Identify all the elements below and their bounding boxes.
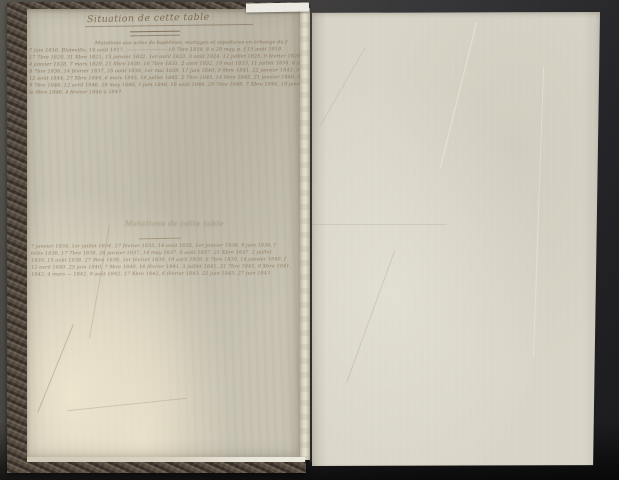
paper-crease	[67, 398, 186, 412]
handwritten-paragraph-1: Mutations aux actes de baptêmes, mariage…	[29, 39, 301, 96]
left-page: Situation de cette table Mutations aux a…	[27, 9, 302, 458]
handwritten-line: 1842, 4 mars — 1842, 9 août 1842, 17 Xbr…	[31, 270, 299, 278]
inserted-white-slip	[246, 2, 309, 12]
paper-crease	[533, 67, 544, 357]
gutter-shadow	[310, 10, 312, 462]
handwritten-paragraph-2: 7 janvier 1834, 1er juillet 1834, 27 fév…	[31, 242, 299, 278]
paper-tone-line	[312, 224, 447, 225]
scanned-book-spread: Situation de cette table Mutations aux a…	[0, 0, 619, 480]
paper-crease	[37, 324, 74, 412]
right-page-blank	[312, 12, 600, 466]
page-gutter-stub	[300, 8, 310, 460]
heading-flourish	[130, 31, 180, 37]
section-heading-2: Mutations de cette table	[125, 220, 224, 228]
section-heading-1: Situation de cette table	[87, 12, 210, 26]
handwritten-line: le 9bre 1846. 4 février 1846 à 1847.	[29, 88, 301, 96]
paper-crease	[320, 48, 366, 126]
page-stack-edge	[27, 457, 305, 462]
paper-crease	[440, 22, 477, 168]
heading-2-flourish	[139, 238, 181, 242]
paper-crease	[346, 251, 395, 383]
paper-crease	[89, 225, 110, 338]
